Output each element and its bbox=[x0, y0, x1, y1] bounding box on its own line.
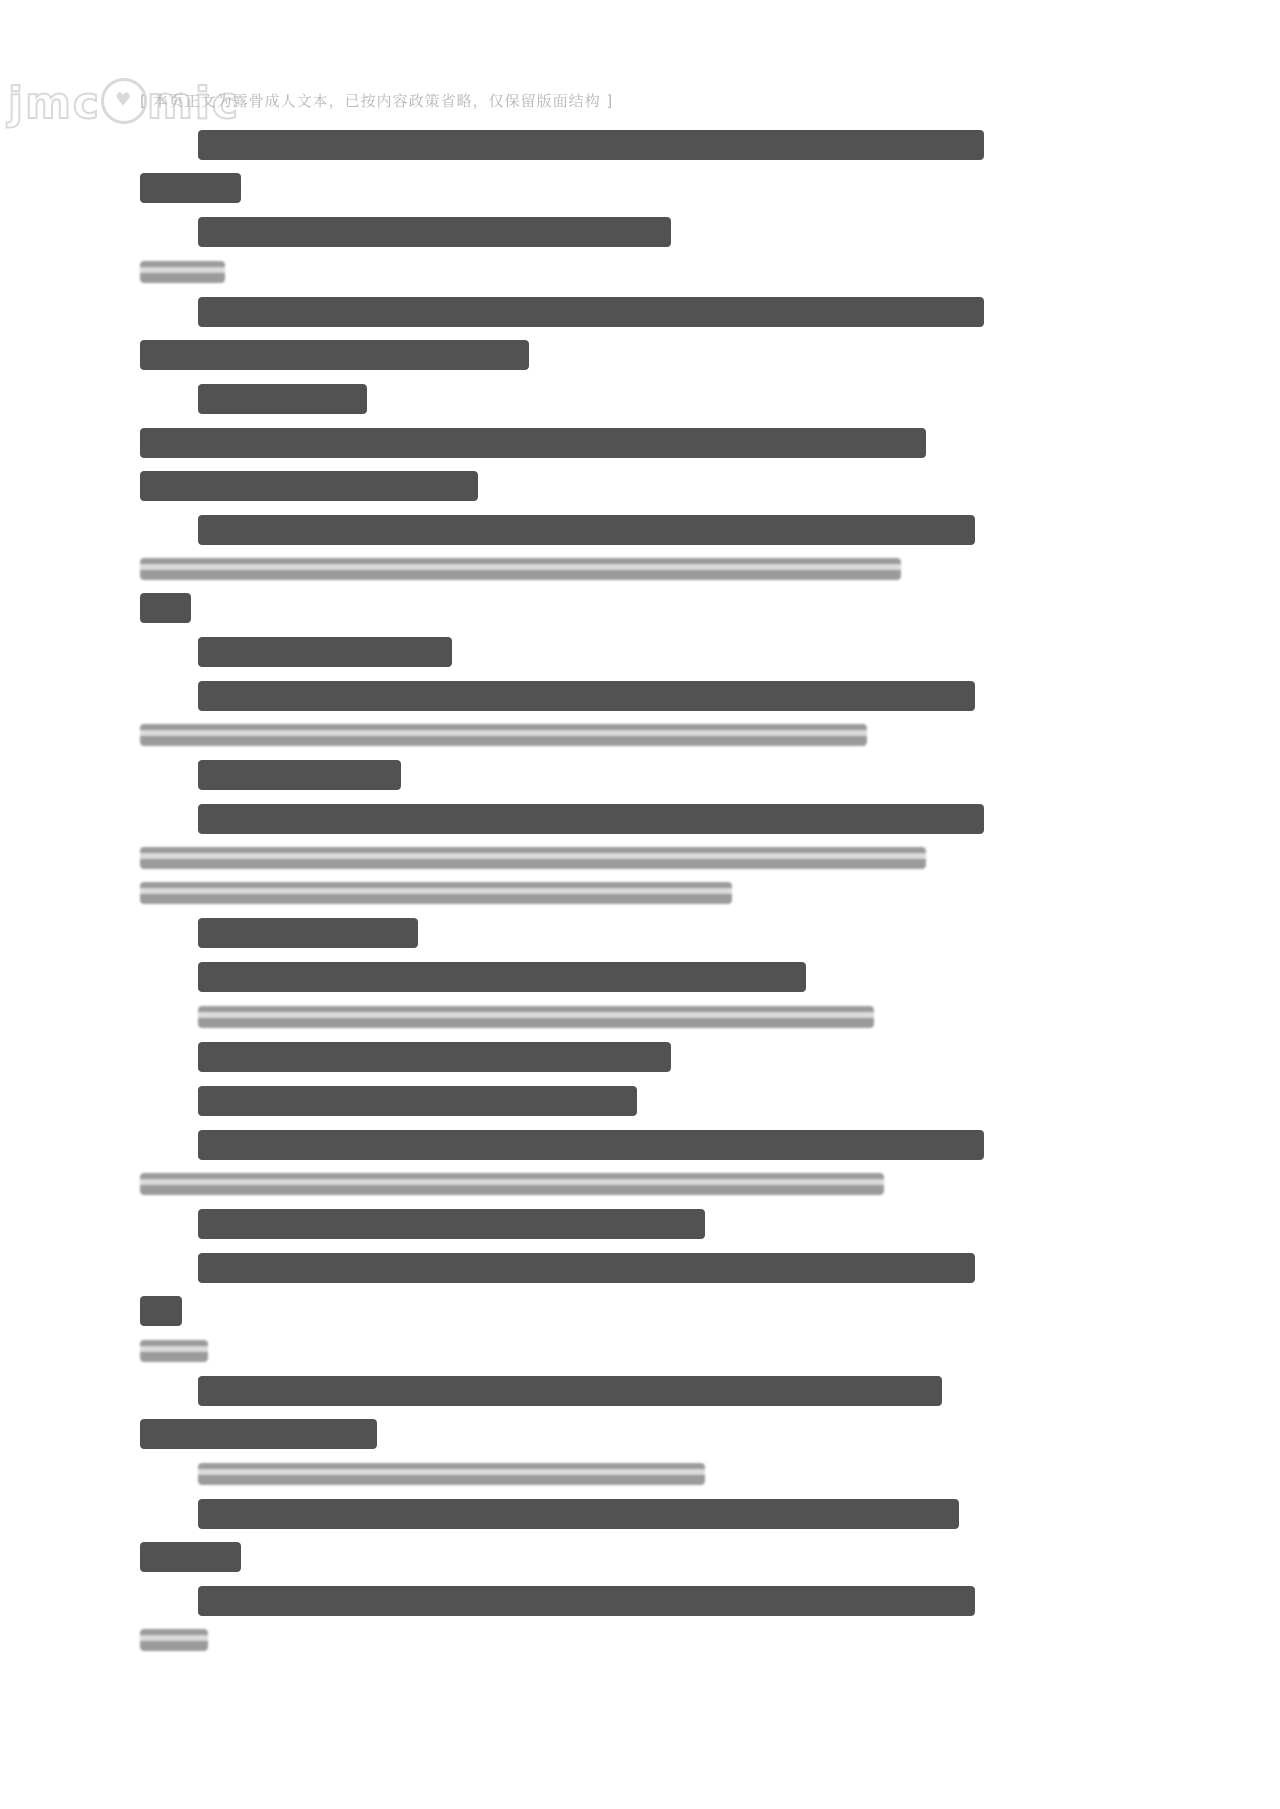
redacted-paragraph-dialogue bbox=[140, 1086, 985, 1116]
redacted-paragraph-dialogue bbox=[140, 1376, 985, 1449]
redacted-text-line bbox=[198, 217, 671, 247]
redacted-paragraph-narration bbox=[140, 130, 985, 203]
redacted-text-line bbox=[140, 1419, 377, 1449]
redacted-paragraph-dialogue bbox=[140, 760, 985, 790]
redacted-paragraph-narration bbox=[140, 1130, 985, 1195]
redacted-text-line bbox=[140, 593, 191, 623]
redacted-paragraph-narration bbox=[140, 1586, 985, 1651]
redacted-text-line bbox=[198, 130, 984, 160]
redacted-paragraph-artifact bbox=[140, 1340, 985, 1362]
redacted-text-line bbox=[198, 637, 452, 667]
blurred-text-artifact-line bbox=[198, 1006, 874, 1028]
redacted-paragraph-dialogue bbox=[140, 384, 985, 414]
text-column bbox=[140, 130, 985, 1665]
blurred-text-artifact-line bbox=[140, 1173, 884, 1195]
redacted-text-line bbox=[140, 471, 478, 501]
redacted-paragraph-dialogue bbox=[140, 1463, 985, 1485]
redacted-paragraph-narration bbox=[140, 681, 985, 746]
redacted-paragraph-dialogue bbox=[140, 1499, 985, 1572]
redacted-text-line bbox=[198, 1586, 975, 1616]
blurred-text-artifact-line bbox=[140, 558, 901, 580]
redacted-text-line bbox=[198, 384, 367, 414]
redacted-paragraph-dialogue bbox=[140, 1209, 985, 1239]
redacted-text-line bbox=[140, 173, 241, 203]
redacted-paragraph-narration bbox=[140, 428, 985, 501]
redacted-text-line bbox=[198, 918, 418, 948]
redacted-paragraph-dialogue bbox=[140, 918, 985, 948]
redacted-paragraph-dialogue bbox=[140, 1042, 985, 1072]
redacted-paragraph-narration bbox=[140, 962, 985, 992]
blurred-text-artifact-line bbox=[140, 1340, 208, 1362]
redacted-text-line bbox=[198, 1086, 637, 1116]
redacted-text-line bbox=[140, 340, 529, 370]
redacted-paragraph-artifact bbox=[140, 261, 985, 283]
redacted-paragraph-dialogue bbox=[140, 637, 985, 667]
redacted-text-line bbox=[198, 962, 806, 992]
redacted-text-line bbox=[140, 1542, 241, 1572]
redaction-notice: [ 本页正文为露骨成人文本，已按内容政策省略，仅保留版面结构 ] bbox=[140, 90, 985, 111]
redacted-text-line bbox=[198, 297, 984, 327]
redacted-paragraph-dialogue bbox=[140, 1006, 985, 1028]
redacted-text-line bbox=[198, 1130, 984, 1160]
redacted-text-line bbox=[198, 1209, 705, 1239]
redacted-text-line bbox=[198, 804, 984, 834]
redacted-paragraph-narration bbox=[140, 297, 985, 370]
redacted-text-line bbox=[198, 1499, 959, 1529]
document-page: jmcmic [ 本页正文为露骨成人文本，已按内容政策省略，仅保留版面结构 ] bbox=[0, 0, 1280, 1809]
watermark-text-left: jmc bbox=[8, 78, 101, 129]
blurred-text-artifact-line bbox=[140, 724, 867, 746]
blurred-text-artifact-line bbox=[140, 882, 732, 904]
redacted-paragraph-narration bbox=[140, 804, 985, 904]
redacted-paragraph-dialogue bbox=[140, 515, 985, 623]
redacted-text-line bbox=[140, 428, 926, 458]
redacted-text-line bbox=[198, 681, 975, 711]
redacted-text-line bbox=[198, 1042, 671, 1072]
blurred-text-artifact-line bbox=[140, 1629, 208, 1651]
blurred-text-artifact-line bbox=[140, 261, 225, 283]
redacted-text-line bbox=[198, 515, 975, 545]
redacted-paragraph-dialogue bbox=[140, 217, 985, 247]
redacted-text-line bbox=[140, 1296, 182, 1326]
redacted-paragraph-narration bbox=[140, 1253, 985, 1326]
redacted-text-line bbox=[198, 1253, 975, 1283]
redacted-text-line bbox=[198, 1376, 942, 1406]
blurred-text-artifact-line bbox=[198, 1463, 705, 1485]
redacted-text-line bbox=[198, 760, 401, 790]
blurred-text-artifact-line bbox=[140, 847, 926, 869]
